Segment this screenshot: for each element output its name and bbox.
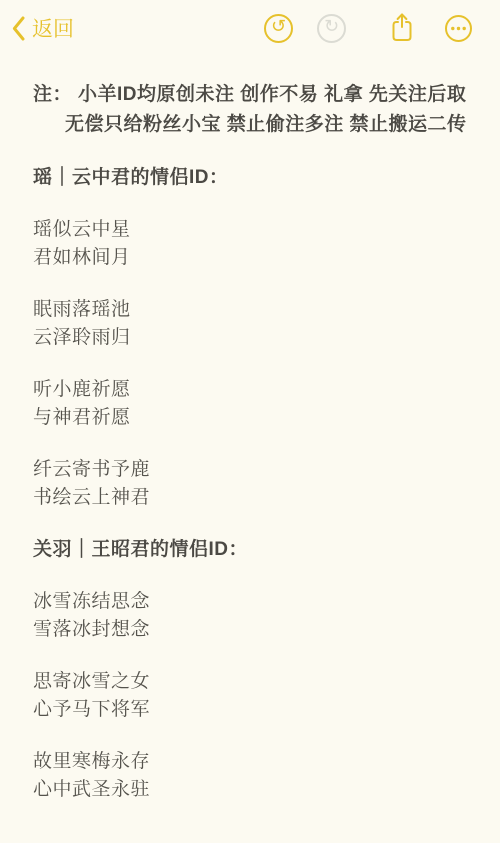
more-icon[interactable]	[444, 14, 473, 43]
id-pair: 听小鹿祈愿 与神君祈愿	[33, 376, 470, 432]
id-pair: 纤云寄书予鹿 书绘云上神君	[33, 456, 470, 512]
id-pair: 思寄冰雪之女 心予马下将军	[33, 668, 470, 724]
id-line: 瑶似云中星	[33, 216, 470, 244]
id-line: 冰雪冻结思念	[33, 588, 470, 616]
undo-icon[interactable]: ↺	[264, 14, 293, 43]
id-line: 雪落冰封想念	[33, 616, 470, 644]
id-pair: 瑶似云中星 君如林间月	[33, 216, 470, 272]
note-editor[interactable]: 注：小羊ID均原创未注 创作不易 礼拿 先关注后取 无偿只给粉丝小宝 禁止偷注多…	[0, 56, 500, 804]
id-line: 心予马下将军	[33, 696, 470, 724]
id-line: 心中武圣永驻	[33, 776, 470, 804]
toolbar: 返回 ↺ ↻	[0, 0, 500, 56]
id-pair: 故里寒梅永存 心中武圣永驻	[33, 748, 470, 804]
id-line: 与神君祈愿	[33, 404, 470, 432]
id-line: 思寄冰雪之女	[33, 668, 470, 696]
back-label: 返回	[32, 13, 74, 43]
intro-label: 注：	[33, 84, 72, 105]
id-line: 纤云寄书予鹿	[33, 456, 470, 484]
redo-icon: ↻	[317, 14, 346, 43]
id-pair: 眠雨落瑶池 云泽聆雨归	[33, 296, 470, 352]
id-line: 云泽聆雨归	[33, 324, 470, 352]
id-line: 君如林间月	[33, 244, 470, 272]
note-intro: 注：小羊ID均原创未注 创作不易 礼拿 先关注后取 无偿只给粉丝小宝 禁止偷注多…	[33, 80, 470, 140]
intro-line-1: 小羊ID均原创未注 创作不易 礼拿 先关注后取	[78, 84, 466, 105]
id-pair: 冰雪冻结思念 雪落冰封想念	[33, 588, 470, 644]
share-icon[interactable]	[387, 11, 417, 45]
id-line: 眠雨落瑶池	[33, 296, 470, 324]
back-chevron-icon	[12, 16, 25, 41]
section-heading: 关羽｜王昭君的情侣ID：	[33, 536, 470, 564]
back-button[interactable]: 返回	[12, 13, 74, 43]
intro-line-2: 无偿只给粉丝小宝 禁止偷注多注 禁止搬运二传	[33, 110, 470, 140]
toolbar-actions: ↺ ↻	[264, 11, 473, 45]
id-line: 书绘云上神君	[33, 484, 470, 512]
id-line: 听小鹿祈愿	[33, 376, 470, 404]
section-heading: 瑶｜云中君的情侣ID：	[33, 164, 470, 192]
id-line: 故里寒梅永存	[33, 748, 470, 776]
